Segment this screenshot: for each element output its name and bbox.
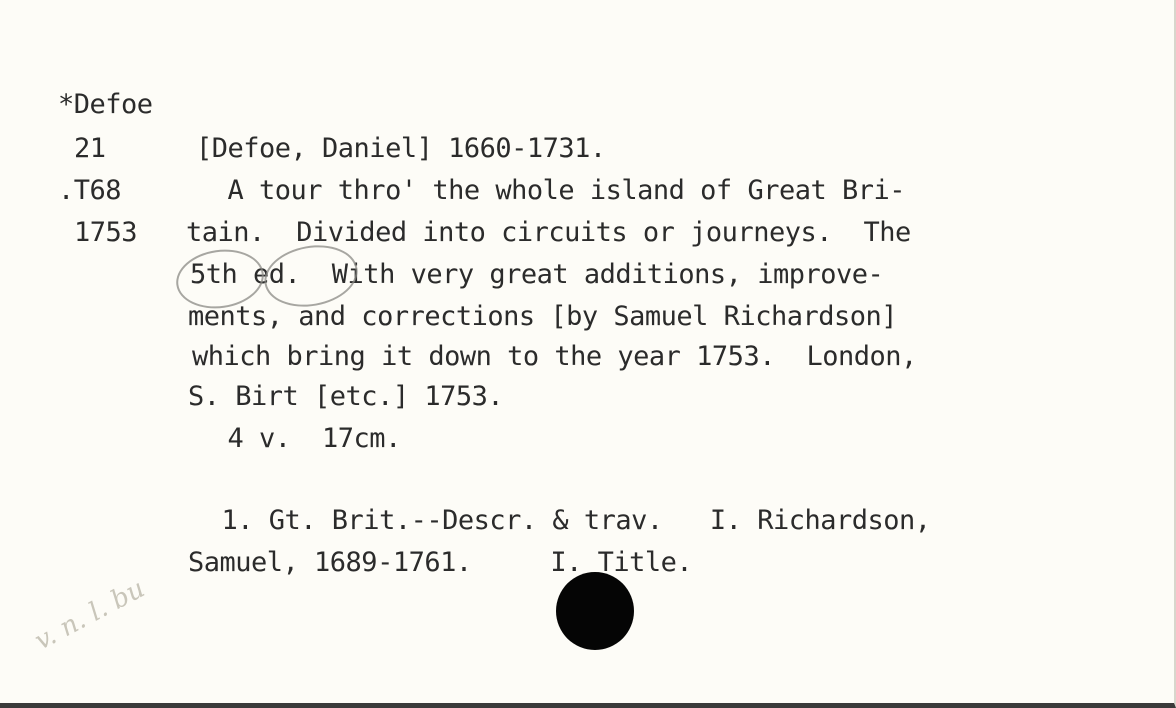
tracings-line-1: 1. Gt. Brit.--Descr. & trav. I. Richards… bbox=[190, 506, 931, 536]
call-number-line-2: 21 bbox=[74, 134, 106, 164]
call-number-line-3: .T68 bbox=[58, 176, 121, 206]
title-line-1: A tour thro' the whole island of Great B… bbox=[196, 176, 905, 206]
call-number-line-1: *Defoe bbox=[58, 90, 153, 120]
title-line-2: tain. Divided into circuits or journeys.… bbox=[186, 218, 911, 248]
call-number-line-4: 1753 bbox=[74, 218, 137, 248]
title-line-4: ments, and corrections [by Samuel Richar… bbox=[188, 302, 897, 332]
catalog-card: *Defoe 21 .T68 1753 [Defoe, Daniel] 1660… bbox=[0, 0, 1176, 708]
author-heading: [Defoe, Daniel] 1660-1731. bbox=[196, 134, 606, 164]
collation-line: 4 v. 17cm. bbox=[196, 424, 401, 454]
imprint-line: S. Birt [etc.] 1753. bbox=[188, 382, 503, 412]
punch-hole bbox=[556, 572, 634, 650]
pencil-annotation: v. n. l. bu bbox=[30, 574, 150, 657]
tracings-line-2: Samuel, 1689-1761. I. Title. bbox=[188, 548, 692, 578]
title-line-5: which bring it down to the year 1753. Lo… bbox=[192, 342, 917, 372]
